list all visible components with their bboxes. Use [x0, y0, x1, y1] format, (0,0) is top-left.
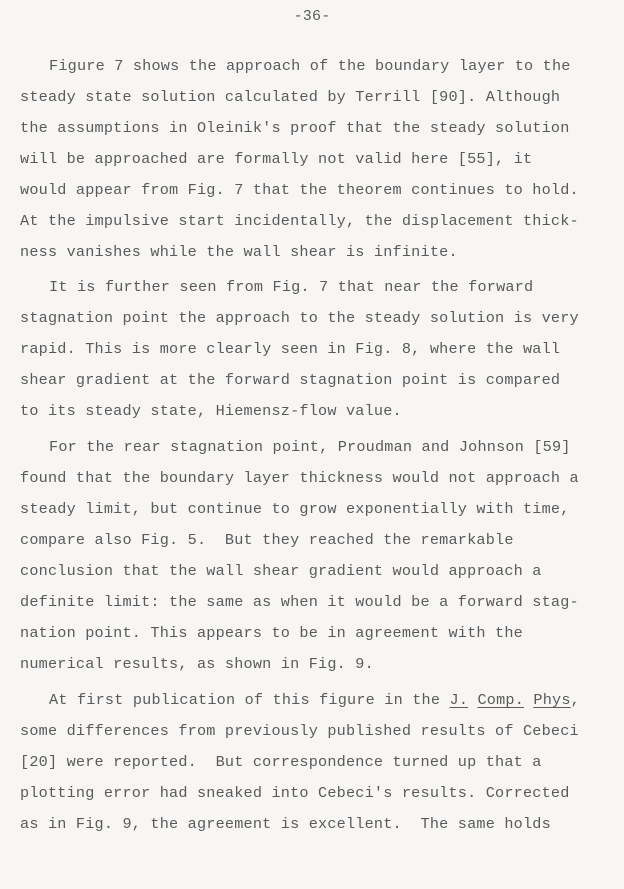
text-line: to its steady state, Hiemensz-flow value…: [20, 401, 402, 421]
text-line: will be approached are formally not vali…: [20, 149, 532, 169]
text-line: steady limit, but continue to grow expon…: [20, 499, 570, 519]
text-line: some differences from previously publish…: [20, 721, 579, 741]
text-line: conclusion that the wall shear gradient …: [20, 561, 542, 581]
text-line: At the impulsive start incidentally, the…: [20, 211, 579, 231]
text-fragment: ,: [571, 691, 580, 709]
text-line: Figure 7 shows the approach of the bound…: [49, 56, 571, 76]
text-line: steady state solution calculated by Terr…: [20, 87, 560, 107]
text-line: the assumptions in Oleinik's proof that …: [20, 118, 570, 138]
journal-name-underlined: J.: [450, 691, 469, 709]
space: [524, 691, 533, 709]
text-line: ness vanishes while the wall shear is in…: [20, 242, 458, 262]
text-line: stagnation point the approach to the ste…: [20, 308, 579, 328]
text-line: numerical results, as shown in Fig. 9.: [20, 654, 374, 674]
text-line: definite limit: the same as when it woul…: [20, 592, 579, 612]
text-fragment: At first publication of this figure in t…: [49, 691, 450, 709]
text-line: [20] were reported. But correspondence t…: [20, 752, 542, 772]
text-line-journal-reference: At first publication of this figure in t…: [49, 690, 580, 710]
text-line: nation point. This appears to be in agre…: [20, 623, 523, 643]
text-line: For the rear stagnation point, Proudman …: [49, 437, 571, 457]
text-line: plotting error had sneaked into Cebeci's…: [20, 783, 570, 803]
text-line: compare also Fig. 5. But they reached th…: [20, 530, 514, 550]
document-page: -36- Figure 7 shows the approach of the …: [0, 0, 624, 889]
text-line: as in Fig. 9, the agreement is excellent…: [20, 814, 551, 834]
text-line: found that the boundary layer thickness …: [20, 468, 579, 488]
journal-name-underlined: Phys: [533, 691, 570, 709]
text-line: shear gradient at the forward stagnation…: [20, 370, 560, 390]
text-line: It is further seen from Fig. 7 that near…: [49, 277, 533, 297]
page-number: -36-: [0, 8, 624, 25]
journal-name-underlined: Comp.: [477, 691, 524, 709]
text-line: would appear from Fig. 7 that the theore…: [20, 180, 579, 200]
text-line: rapid. This is more clearly seen in Fig.…: [20, 339, 560, 359]
